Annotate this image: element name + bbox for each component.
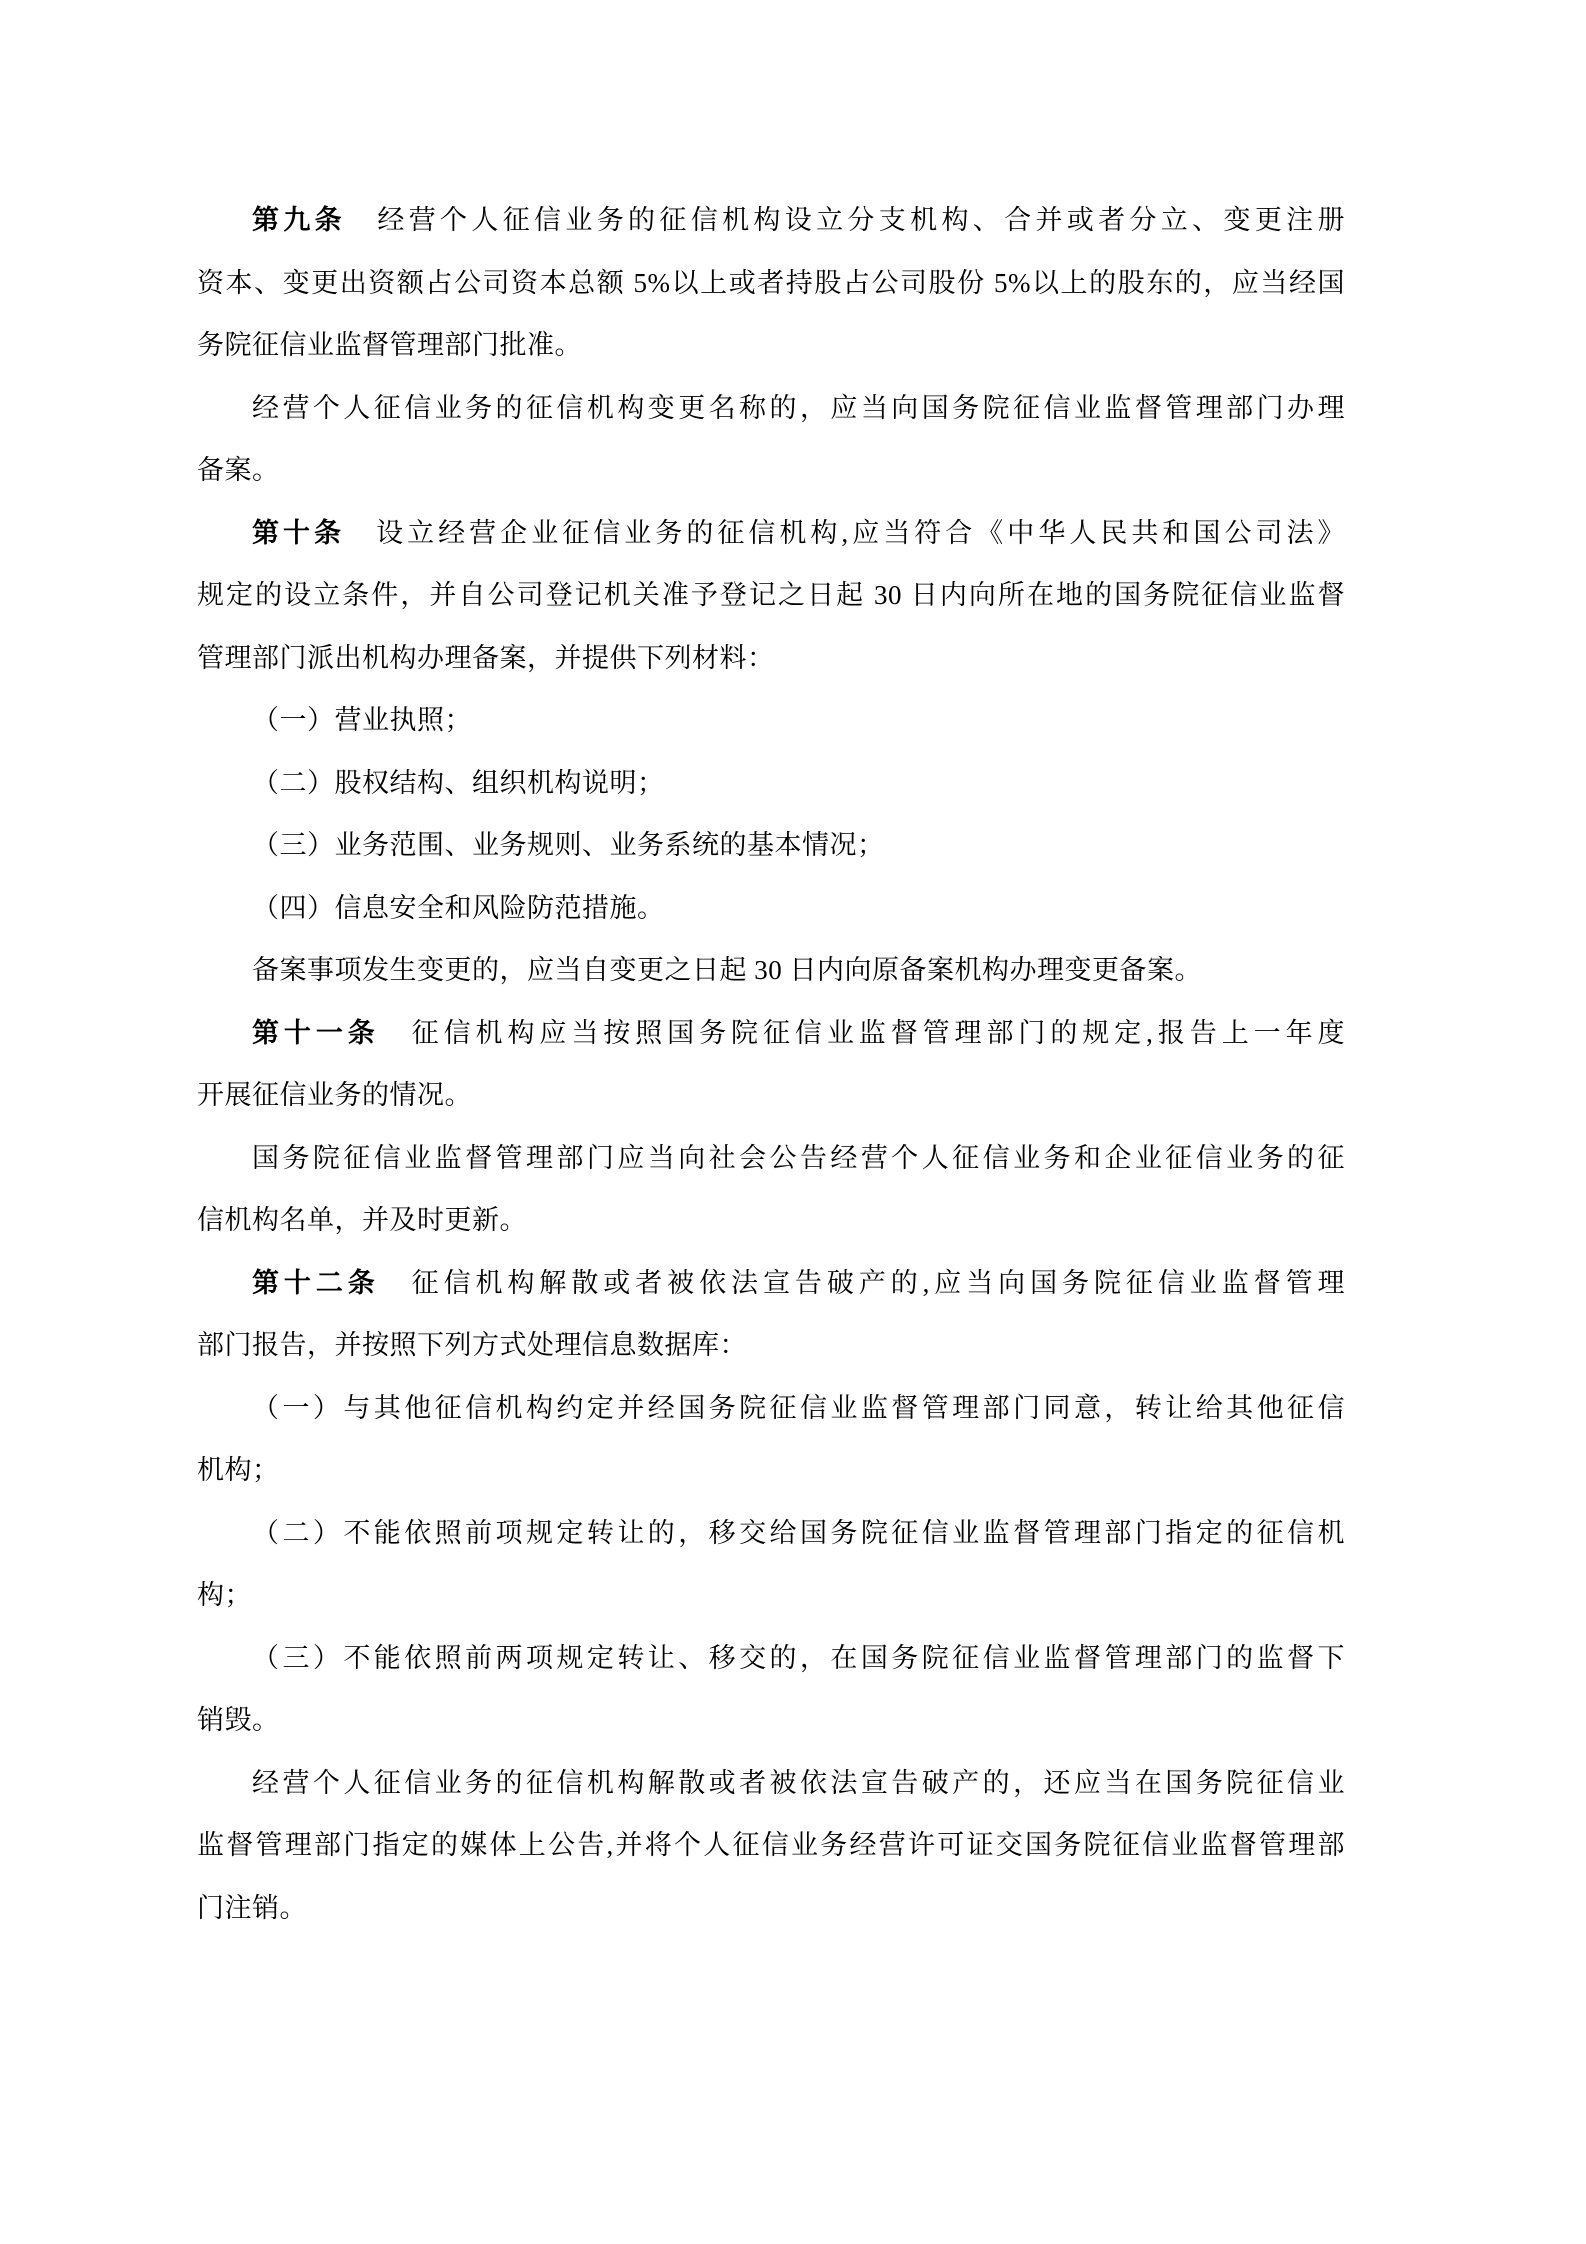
paragraph: （一）与其他征信机构约定并经国务院征信业监督管理部门同意，转让给其他征信机构； — [197, 1377, 1345, 1502]
paragraph: 经营个人征信业务的征信机构变更名称的，应当向国务院征信业监督管理部门办理备案。 — [197, 377, 1345, 502]
text-line: （二）股权结构、组织机构说明； — [197, 752, 1345, 815]
text-line: 备案。 — [197, 439, 1345, 502]
paragraph: 国务院征信业监督管理部门应当向社会公告经营个人征信业务和企业征信业务的征信机构名… — [197, 1127, 1345, 1252]
text-line: （四）信息安全和风险防范措施。 — [197, 877, 1345, 940]
paragraph: （二）股权结构、组织机构说明； — [197, 752, 1345, 815]
text-line: （三）不能依照前两项规定转让、移交的，在国务院征信业监督管理部门的监督下 — [197, 1627, 1345, 1690]
article-paragraph: 第十一条 征信机构应当按照国务院征信业监督管理部门的规定,报告上一年度开展征信业… — [197, 1002, 1345, 1127]
text-line: 第十一条 征信机构应当按照国务院征信业监督管理部门的规定,报告上一年度 — [197, 1002, 1345, 1065]
document-page: 第九条 经营个人征信业务的征信机构设立分支机构、合并或者分立、变更注册资本、变更… — [0, 0, 1586, 2244]
article-paragraph: 第十二条 征信机构解散或者被依法宣告破产的,应当向国务院征信业监督管理部门报告，… — [197, 1252, 1345, 1377]
text-line: 第十条 设立经营企业征信业务的征信机构,应当符合《中华人民共和国公司法》 — [197, 502, 1345, 565]
text-line: 国务院征信业监督管理部门应当向社会公告经营个人征信业务和企业征信业务的征 — [197, 1127, 1345, 1190]
text-line: （一）与其他征信机构约定并经国务院征信业监督管理部门同意，转让给其他征信 — [197, 1377, 1345, 1440]
text-line: 信机构名单，并及时更新。 — [197, 1189, 1345, 1252]
paragraph: （三）业务范围、业务规则、业务系统的基本情况； — [197, 814, 1345, 877]
text-line: 管理部门派出机构办理备案，并提供下列材料： — [197, 627, 1345, 690]
text-line: 第十二条 征信机构解散或者被依法宣告破产的,应当向国务院征信业监督管理 — [197, 1252, 1345, 1315]
article-number: 第十条 — [252, 518, 345, 548]
document-body: { "page": { "background": "#ffffff", "te… — [0, 0, 1586, 2244]
text-line: 构； — [197, 1564, 1345, 1627]
text-line: 经营个人征信业务的征信机构解散或者被依法宣告破产的，还应当在国务院征信业 — [197, 1752, 1345, 1815]
text-line: 销毁。 — [197, 1689, 1345, 1752]
text-line: 部门报告，并按照下列方式处理信息数据库： — [197, 1314, 1345, 1377]
paragraph: （一）营业执照； — [197, 689, 1345, 752]
paragraph: 经营个人征信业务的征信机构解散或者被依法宣告破产的，还应当在国务院征信业监督管理… — [197, 1752, 1345, 1940]
text-line: 第九条 经营个人征信业务的征信机构设立分支机构、合并或者分立、变更注册 — [197, 189, 1345, 252]
article-number: 第九条 — [252, 205, 346, 235]
text-line: （三）业务范围、业务规则、业务系统的基本情况； — [197, 814, 1345, 877]
paragraph: （三）不能依照前两项规定转让、移交的，在国务院征信业监督管理部门的监督下销毁。 — [197, 1627, 1345, 1752]
text-line: 开展征信业务的情况。 — [197, 1064, 1345, 1127]
text-line: 规定的设立条件，并自公司登记机关准予登记之日起 30 日内向所在地的国务院征信业… — [197, 564, 1345, 627]
paragraph: 备案事项发生变更的，应当自变更之日起 30 日内向原备案机构办理变更备案。 — [197, 939, 1345, 1002]
article-paragraph: 第十条 设立经营企业征信业务的征信机构,应当符合《中华人民共和国公司法》规定的设… — [197, 502, 1345, 690]
text-line: 机构； — [197, 1439, 1345, 1502]
article-paragraph: 第九条 经营个人征信业务的征信机构设立分支机构、合并或者分立、变更注册资本、变更… — [197, 189, 1345, 377]
article-number: 第十一条 — [252, 1018, 380, 1048]
text-line: （一）营业执照； — [197, 689, 1345, 752]
paragraph: （二）不能依照前项规定转让的，移交给国务院征信业监督管理部门指定的征信机构； — [197, 1502, 1345, 1627]
text-line: （二）不能依照前项规定转让的，移交给国务院征信业监督管理部门指定的征信机 — [197, 1502, 1345, 1565]
text-line: 经营个人征信业务的征信机构变更名称的，应当向国务院征信业监督管理部门办理 — [197, 377, 1345, 440]
text-line: 务院征信业监督管理部门批准。 — [197, 314, 1345, 377]
text-line: 备案事项发生变更的，应当自变更之日起 30 日内向原备案机构办理变更备案。 — [197, 939, 1345, 1002]
text-line: 监督管理部门指定的媒体上公告,并将个人征信业务经营许可证交国务院征信业监督管理部 — [197, 1814, 1345, 1877]
text-line: 资本、变更出资额占公司资本总额 5%以上或者持股占公司股份 5%以上的股东的，应… — [197, 252, 1345, 315]
text-line: 门注销。 — [197, 1877, 1345, 1940]
article-number: 第十二条 — [252, 1268, 380, 1298]
paragraph: （四）信息安全和风险防范措施。 — [197, 877, 1345, 940]
